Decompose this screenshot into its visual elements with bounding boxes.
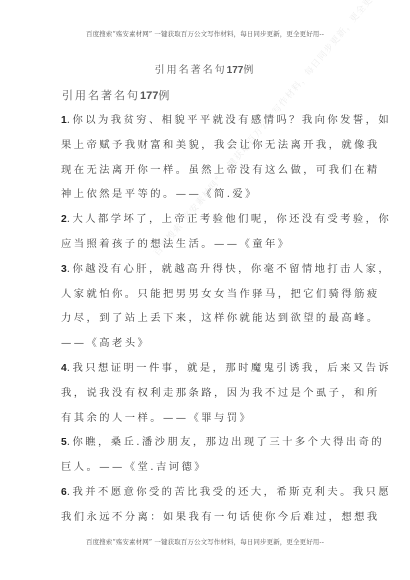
- quote-text: .我并不愿意你受的苦比我受的还大，希斯克利夫。我只愿: [67, 486, 391, 498]
- quote-item: 6.我并不愿意你受的苦比我受的还大，希斯克利夫。我只愿 我们永远不分离：如果我有…: [61, 480, 353, 530]
- quote-item: 5.你瞧，桑丘.潘沙朋友，那边出现了三十多个大得出奇的 巨人。——《堂.吉诃德》: [61, 430, 353, 480]
- subtitle-number: 177: [140, 90, 158, 102]
- quote-line: 神上依然是平等的。——《简.爱》: [61, 182, 353, 207]
- quote-line: 2.大人都学坏了，上帝正考验他们呢，你还没有受考验，你: [61, 207, 353, 232]
- quote-line: 我们永远不分离：如果我有一句话使你今后难过，想想我: [61, 505, 353, 530]
- title-number: 177: [227, 65, 244, 76]
- quote-line: 有其余的人一样。——《罪与罚》: [61, 406, 353, 431]
- quote-line: 我，说我没有权利走那条路，因为我不过是个虱子，和所: [61, 381, 353, 406]
- page-header-banner: 百度搜索“殇安素材网” 一键获取百万公文写作材料，每日同步更新，更全更好用--: [0, 29, 410, 38]
- quote-line: 现在无法离开你一样。虽然上帝没有这么做，可我们在精: [61, 158, 353, 183]
- quote-item: 2.大人都学坏了，上帝正考验他们呢，你还没有受考验，你 应当照着孩子的想法生活。…: [61, 207, 353, 257]
- quote-line: 1.你以为我贫穷、相貌平平就没有感情吗？我向你发誓，如: [61, 108, 353, 133]
- quote-item: 3.你越没有心肝，就越高升得快，你毫不留情地打击人家， 人家就怕你。只能把男男女…: [61, 257, 353, 356]
- quote-line: 4.我只想证明一件事，就是，那时魔鬼引诱我，后来又告诉: [61, 356, 353, 381]
- title-suffix: 例: [243, 65, 255, 76]
- subtitle-suffix: 例: [158, 89, 171, 102]
- quote-line: 3.你越没有心肝，就越高升得快，你毫不留情地打击人家，: [61, 257, 353, 282]
- title-prefix: 引用名著名句: [155, 65, 227, 76]
- quote-item: 4.我只想证明一件事，就是，那时魔鬼引诱我，后来又告诉 我，说我没有权利走那条路…: [61, 356, 353, 430]
- quote-text: .你以为我贫穷、相貌平平就没有感情吗？我向你发誓，如: [67, 114, 391, 126]
- quote-line: 力尽，到了站上丢下来，这样你就能达到欲望的最高峰。: [61, 306, 353, 331]
- section-heading: 引用名著名句177例: [62, 87, 171, 103]
- quote-text: .你瞧，桑丘.潘沙朋友，那边出现了三十多个大得出奇的: [67, 436, 384, 448]
- quote-text: .你越没有心肝，就越高升得快，你毫不留情地打击人家，: [67, 263, 391, 275]
- quote-line: 5.你瞧，桑丘.潘沙朋友，那边出现了三十多个大得出奇的: [61, 430, 353, 455]
- quote-text: .大人都学坏了，上帝正考验他们呢，你还没有受考验，你: [67, 213, 391, 225]
- page-footer-banner: 百度搜索“殇安素材网” 一键获取百万公文写作材料，每日同步更新，更全更好用--: [0, 537, 410, 546]
- quote-list: 1.你以为我贫穷、相貌平平就没有感情吗？我向你发誓，如 果上帝赋予我财富和美貌，…: [61, 108, 353, 530]
- quote-line: 人家就怕你。只能把男男女女当作驿马，把它们骑得筋疲: [61, 282, 353, 307]
- subtitle-prefix: 引用名著名句: [62, 89, 140, 102]
- quote-text: .我只想证明一件事，就是，那时魔鬼引诱我，后来又告诉: [67, 362, 391, 374]
- document-title: 引用名著名句177例: [0, 61, 410, 76]
- quote-item: 1.你以为我贫穷、相貌平平就没有感情吗？我向你发誓，如 果上帝赋予我财富和美貌，…: [61, 108, 353, 207]
- quote-line: ——《高老头》: [61, 331, 353, 356]
- quote-line: 应当照着孩子的想法生活。——《童年》: [61, 232, 353, 257]
- quote-line: 6.我并不愿意你受的苦比我受的还大，希斯克利夫。我只愿: [61, 480, 353, 505]
- quote-line: 巨人。——《堂.吉诃德》: [61, 455, 353, 480]
- quote-line: 果上帝赋予我财富和美貌，我会让你无法离开我，就像我: [61, 133, 353, 158]
